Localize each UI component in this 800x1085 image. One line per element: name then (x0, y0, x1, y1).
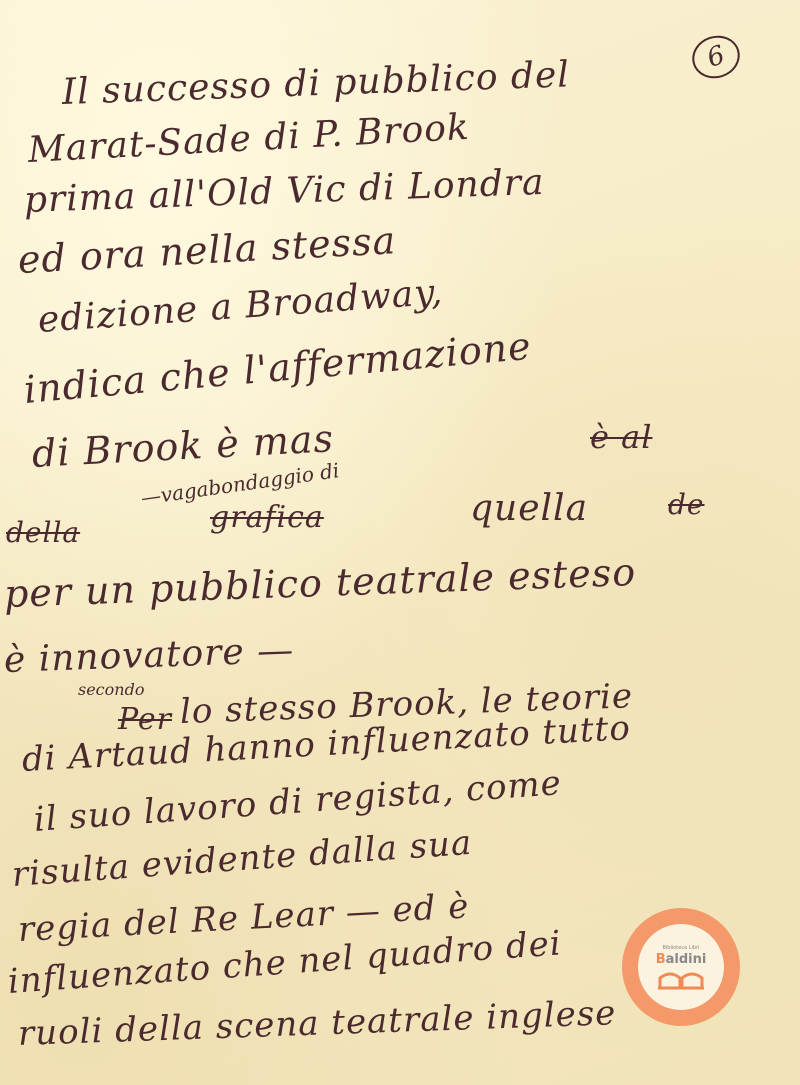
struck-word: de (668, 488, 705, 521)
manuscript-line: è innovatore — (3, 630, 294, 681)
stamp-name-initial: B (656, 952, 666, 967)
stamp-name: Baldini (656, 953, 707, 967)
manuscript-line: edizione a Broadway, (37, 272, 445, 341)
manuscript-line: per un pubblico teatrale esteso (3, 550, 637, 616)
struck-word: grafica (210, 500, 324, 535)
manuscript-line: quella (470, 488, 588, 529)
stamp-name-rest: aldini (666, 952, 707, 967)
open-book-logo-icon (656, 970, 706, 990)
library-stamp: Biblioteca Libri Baldini (622, 908, 740, 1026)
manuscript-line: Marat-Sade di P. Brook (27, 107, 471, 171)
struck-word: è al (590, 418, 652, 456)
manuscript-line: ed ora nella stessa (17, 218, 397, 282)
insertion: secondo (78, 680, 144, 699)
manuscript-line: indica che l'affermazione (22, 324, 533, 412)
stamp-small-label: Biblioteca Libri (662, 945, 699, 951)
manuscript-line: Il successo di pubblico del (61, 54, 570, 113)
struck-word: della (6, 516, 80, 549)
page-number: 6 (703, 40, 728, 74)
manuscript-line: prima all'Old Vic di Londra (23, 162, 545, 221)
page-number-circle: 6 (687, 30, 746, 85)
manuscript-page: 6 Il successo di pubblico del Marat-Sade… (0, 0, 800, 1085)
stamp-center: Biblioteca Libri Baldini (638, 924, 724, 1010)
manuscript-line: ruoli della scena teatrale inglese (17, 993, 617, 1054)
